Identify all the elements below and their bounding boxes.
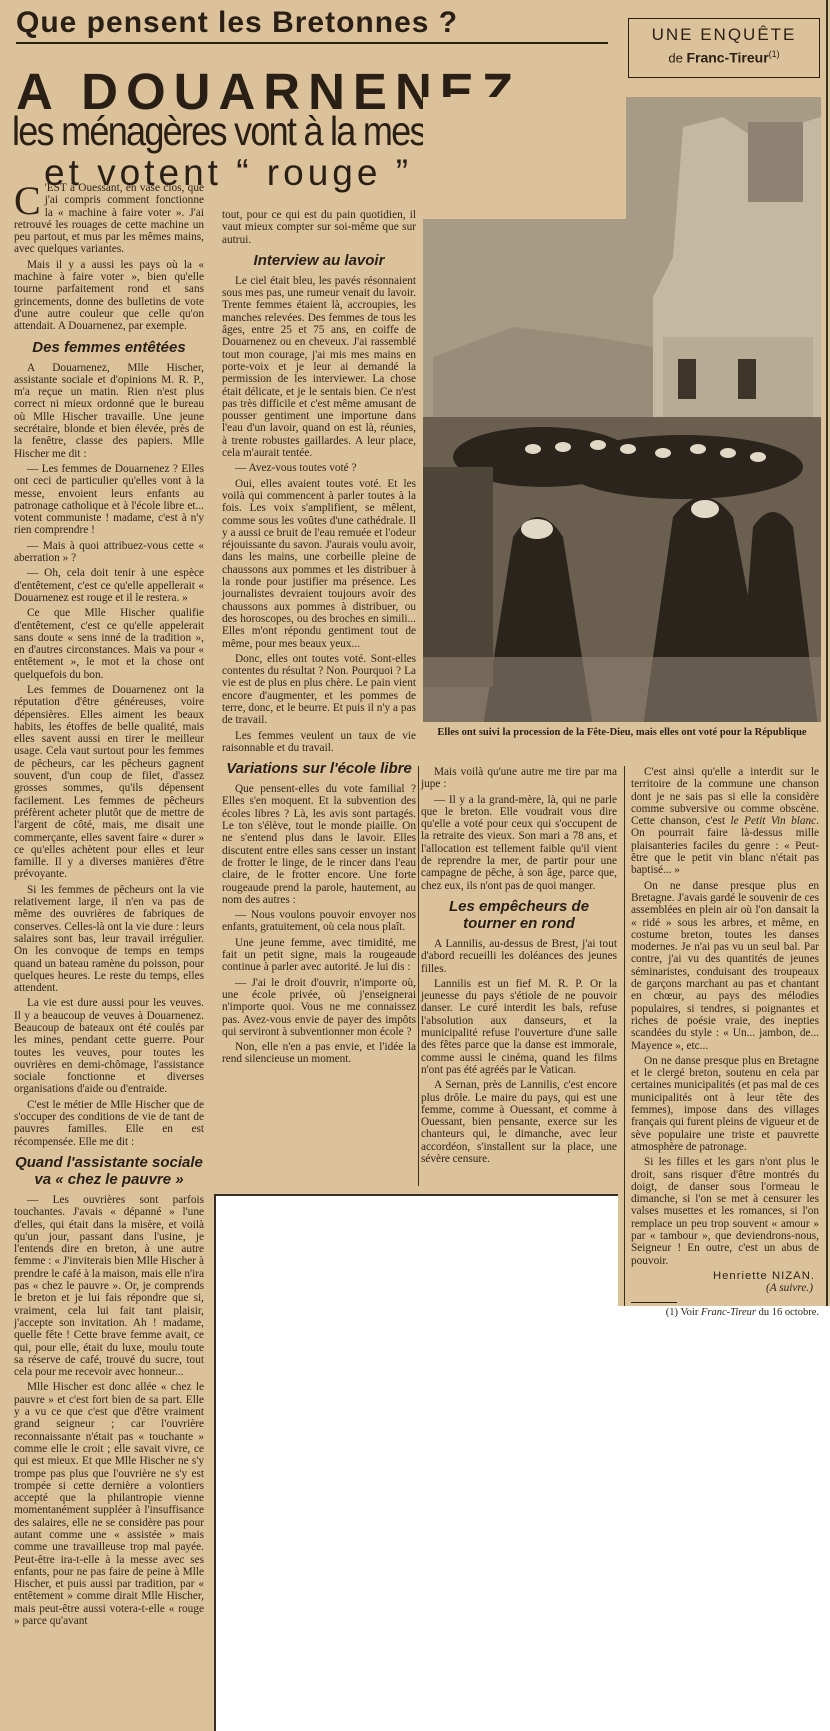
section-heading: Variations sur l'école libre bbox=[222, 760, 416, 777]
paragraph: Les femmes veulent un taux de vie raison… bbox=[222, 730, 416, 755]
blank-area bbox=[214, 1194, 618, 1731]
lead-paragraph: C'EST à Ouessant, en vase clos, que j'ai… bbox=[14, 182, 204, 256]
paragraph: Mais il y a aussi les pays où la « machi… bbox=[14, 259, 204, 333]
series-box: UNE ENQUÊTE de Franc-Tireur(1) bbox=[628, 18, 820, 78]
series-box-prefix: de bbox=[668, 50, 682, 65]
dropcap: C bbox=[14, 184, 41, 218]
paragraph: C'est ainsi qu'elle a interdit sur le te… bbox=[631, 766, 819, 877]
paragraph: — J'ai le droit d'ouvrir, n'importe où, … bbox=[222, 977, 416, 1038]
footnote: (1) Voir Franc-Tireur du 16 octobre. bbox=[631, 1307, 819, 1319]
author-signature: Henriette NIZAN. bbox=[631, 1270, 815, 1282]
paragraph: On ne danse presque plus en Bretagne et … bbox=[631, 1055, 819, 1153]
paragraph: tout, pour ce qui est du pain quotidien,… bbox=[222, 209, 416, 246]
series-box-line2: de Franc-Tireur(1) bbox=[629, 49, 819, 65]
series-box-line1: UNE ENQUÊTE bbox=[629, 25, 819, 45]
paragraph: Oui, elles avaient toutes voté. Et les v… bbox=[222, 478, 416, 650]
section-heading: Des femmes entêtées bbox=[14, 339, 204, 356]
paragraph: — Il y a la grand-mère, là, qui ne parle… bbox=[421, 794, 617, 892]
paragraph: A Douarnenez, Mlle Hischer, assistante s… bbox=[14, 362, 204, 460]
blank-area-bottom-right bbox=[618, 1306, 830, 1731]
footnote-rule bbox=[631, 1302, 677, 1303]
paragraph: Non, elle n'en a pas envie, et l'idée la… bbox=[222, 1041, 416, 1066]
paragraph: A Lannilis, au-dessus de Brest, j'ai tou… bbox=[421, 938, 617, 975]
headline-overlay-area bbox=[423, 97, 626, 219]
paragraph-text: 'EST à Ouessant, en vase clos, que j'ai … bbox=[14, 182, 204, 255]
paragraph: Une jeune femme, avec timidité, me fait … bbox=[222, 937, 416, 974]
paragraph: A Sernan, près de Lannilis, c'est encore… bbox=[421, 1079, 617, 1165]
section-heading: Interview au lavoir bbox=[222, 252, 416, 269]
footnote-publication: Franc-Tireur bbox=[701, 1307, 756, 1318]
article-column-2: tout, pour ce qui est du pain quotidien,… bbox=[222, 209, 416, 1069]
section-heading: Quand l'assistante sociale va « chez le … bbox=[14, 1154, 204, 1188]
paragraph: — Les ouvrières sont parfois touchantes.… bbox=[14, 1194, 204, 1378]
column-rule-right bbox=[826, 0, 828, 1306]
paragraph: Mlle Hischer est donc allée « chez le pa… bbox=[14, 1381, 204, 1627]
series-box-note: (1) bbox=[769, 49, 780, 59]
paragraph: — Mais à quoi attribuez-vous cette « abe… bbox=[14, 540, 204, 565]
paragraph: Mais voilà qu'une autre me tire par ma j… bbox=[421, 766, 617, 791]
song-title: le Petit Vin blanc bbox=[731, 815, 817, 827]
paragraph: Le ciel était bleu, les pavés résonnaien… bbox=[222, 275, 416, 459]
footnote-text: du 16 octobre. bbox=[756, 1307, 819, 1318]
column-rule bbox=[418, 766, 419, 1186]
paragraph: Si les femmes de pêcheurs ont la vie rel… bbox=[14, 884, 204, 995]
section-heading: Les empêcheurs de tourner en rond bbox=[421, 898, 617, 932]
article-column-3: Mais voilà qu'une autre me tire par ma j… bbox=[421, 766, 617, 1168]
article-column-4: C'est ainsi qu'elle a interdit sur le te… bbox=[631, 766, 819, 1320]
series-box-publication: Franc-Tireur bbox=[686, 49, 768, 65]
paragraph: — Avez-vous toutes voté ? bbox=[222, 462, 416, 474]
paragraph: On ne danse presque plus en Bretagne. J'… bbox=[631, 880, 819, 1052]
paragraph: Les femmes de Douarnenez ont la réputati… bbox=[14, 684, 204, 881]
paragraph: Ce que Mlle Hischer qualifie d'entêtemen… bbox=[14, 607, 204, 681]
paragraph: Donc, elles ont toutes voté. Sont-elles … bbox=[222, 653, 416, 727]
footnote-text: (1) Voir bbox=[666, 1307, 701, 1318]
article-column-1: C'EST à Ouessant, en vase clos, que j'ai… bbox=[14, 182, 204, 1630]
paragraph: Lannilis est un fief M. R. P. Or la jeun… bbox=[421, 978, 617, 1076]
photo-caption: Elles ont suivi la procession de la Fête… bbox=[418, 727, 826, 739]
paragraph: — Les femmes de Douarnenez ? Elles ont c… bbox=[14, 463, 204, 537]
to-be-continued: (A suivre.) bbox=[631, 1282, 813, 1294]
column-rule bbox=[624, 766, 625, 1306]
paragraph: C'est le métier de Mlle Hischer que de s… bbox=[14, 1099, 204, 1148]
paragraph: — Nous voulons pouvoir envoyer nos enfan… bbox=[222, 909, 416, 934]
paragraph: La vie est dure aussi pour les veuves. I… bbox=[14, 997, 204, 1095]
paragraph: Si les filles et les gars n'ont plus le … bbox=[631, 1156, 819, 1267]
paragraph: — Oh, cela doit tenir à une espèce d'ent… bbox=[14, 567, 204, 604]
kicker-title: Que pensent les Bretonnes ? bbox=[16, 6, 608, 44]
paragraph: Que pensent-elles du vote familial ? Ell… bbox=[222, 783, 416, 906]
